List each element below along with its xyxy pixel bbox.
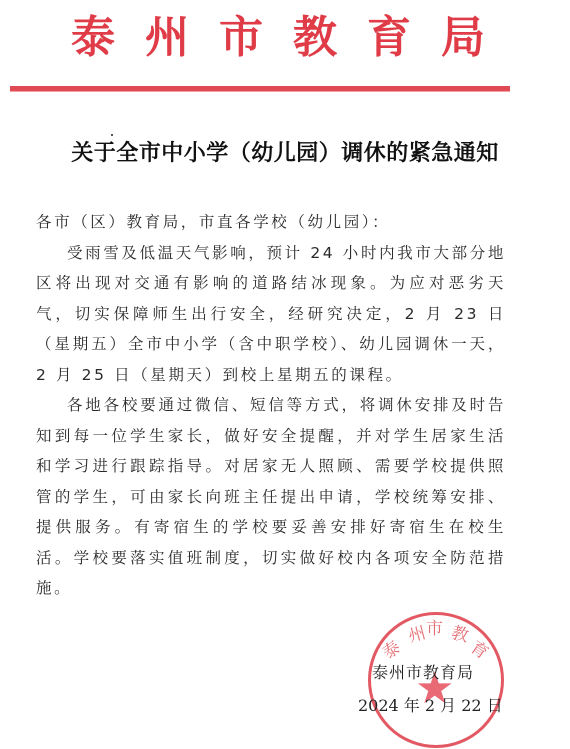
signature-date: 2024 年 2 月 22 日 — [358, 693, 503, 716]
salutation: 各市（区）教育局，市直各学校（幼儿园）： — [36, 207, 506, 238]
letterhead-divider — [10, 86, 510, 92]
signature-organization: 泰州市教育局 — [372, 660, 474, 683]
document-title: 关于全市中小学（幼儿园）调休的紧急通知 — [0, 136, 570, 167]
document-body: 各市（区）教育局，市直各学校（幼儿园）： 受雨雪及低温天气影响，预计 24 小时… — [36, 207, 506, 604]
paragraph-2: 各地各校要通过微信、短信等方式，将调休安排及时告知到每一位学生家长，做好安全提醒… — [36, 390, 506, 604]
paragraph-1: 受雨雪及低温天气影响，预计 24 小时内我市大部分地区将出现对交通有影响的道路结… — [36, 238, 506, 391]
seal-arc-text: 市 — [426, 614, 443, 639]
issuer-letterhead: 泰州市教育局 — [0, 10, 570, 66]
